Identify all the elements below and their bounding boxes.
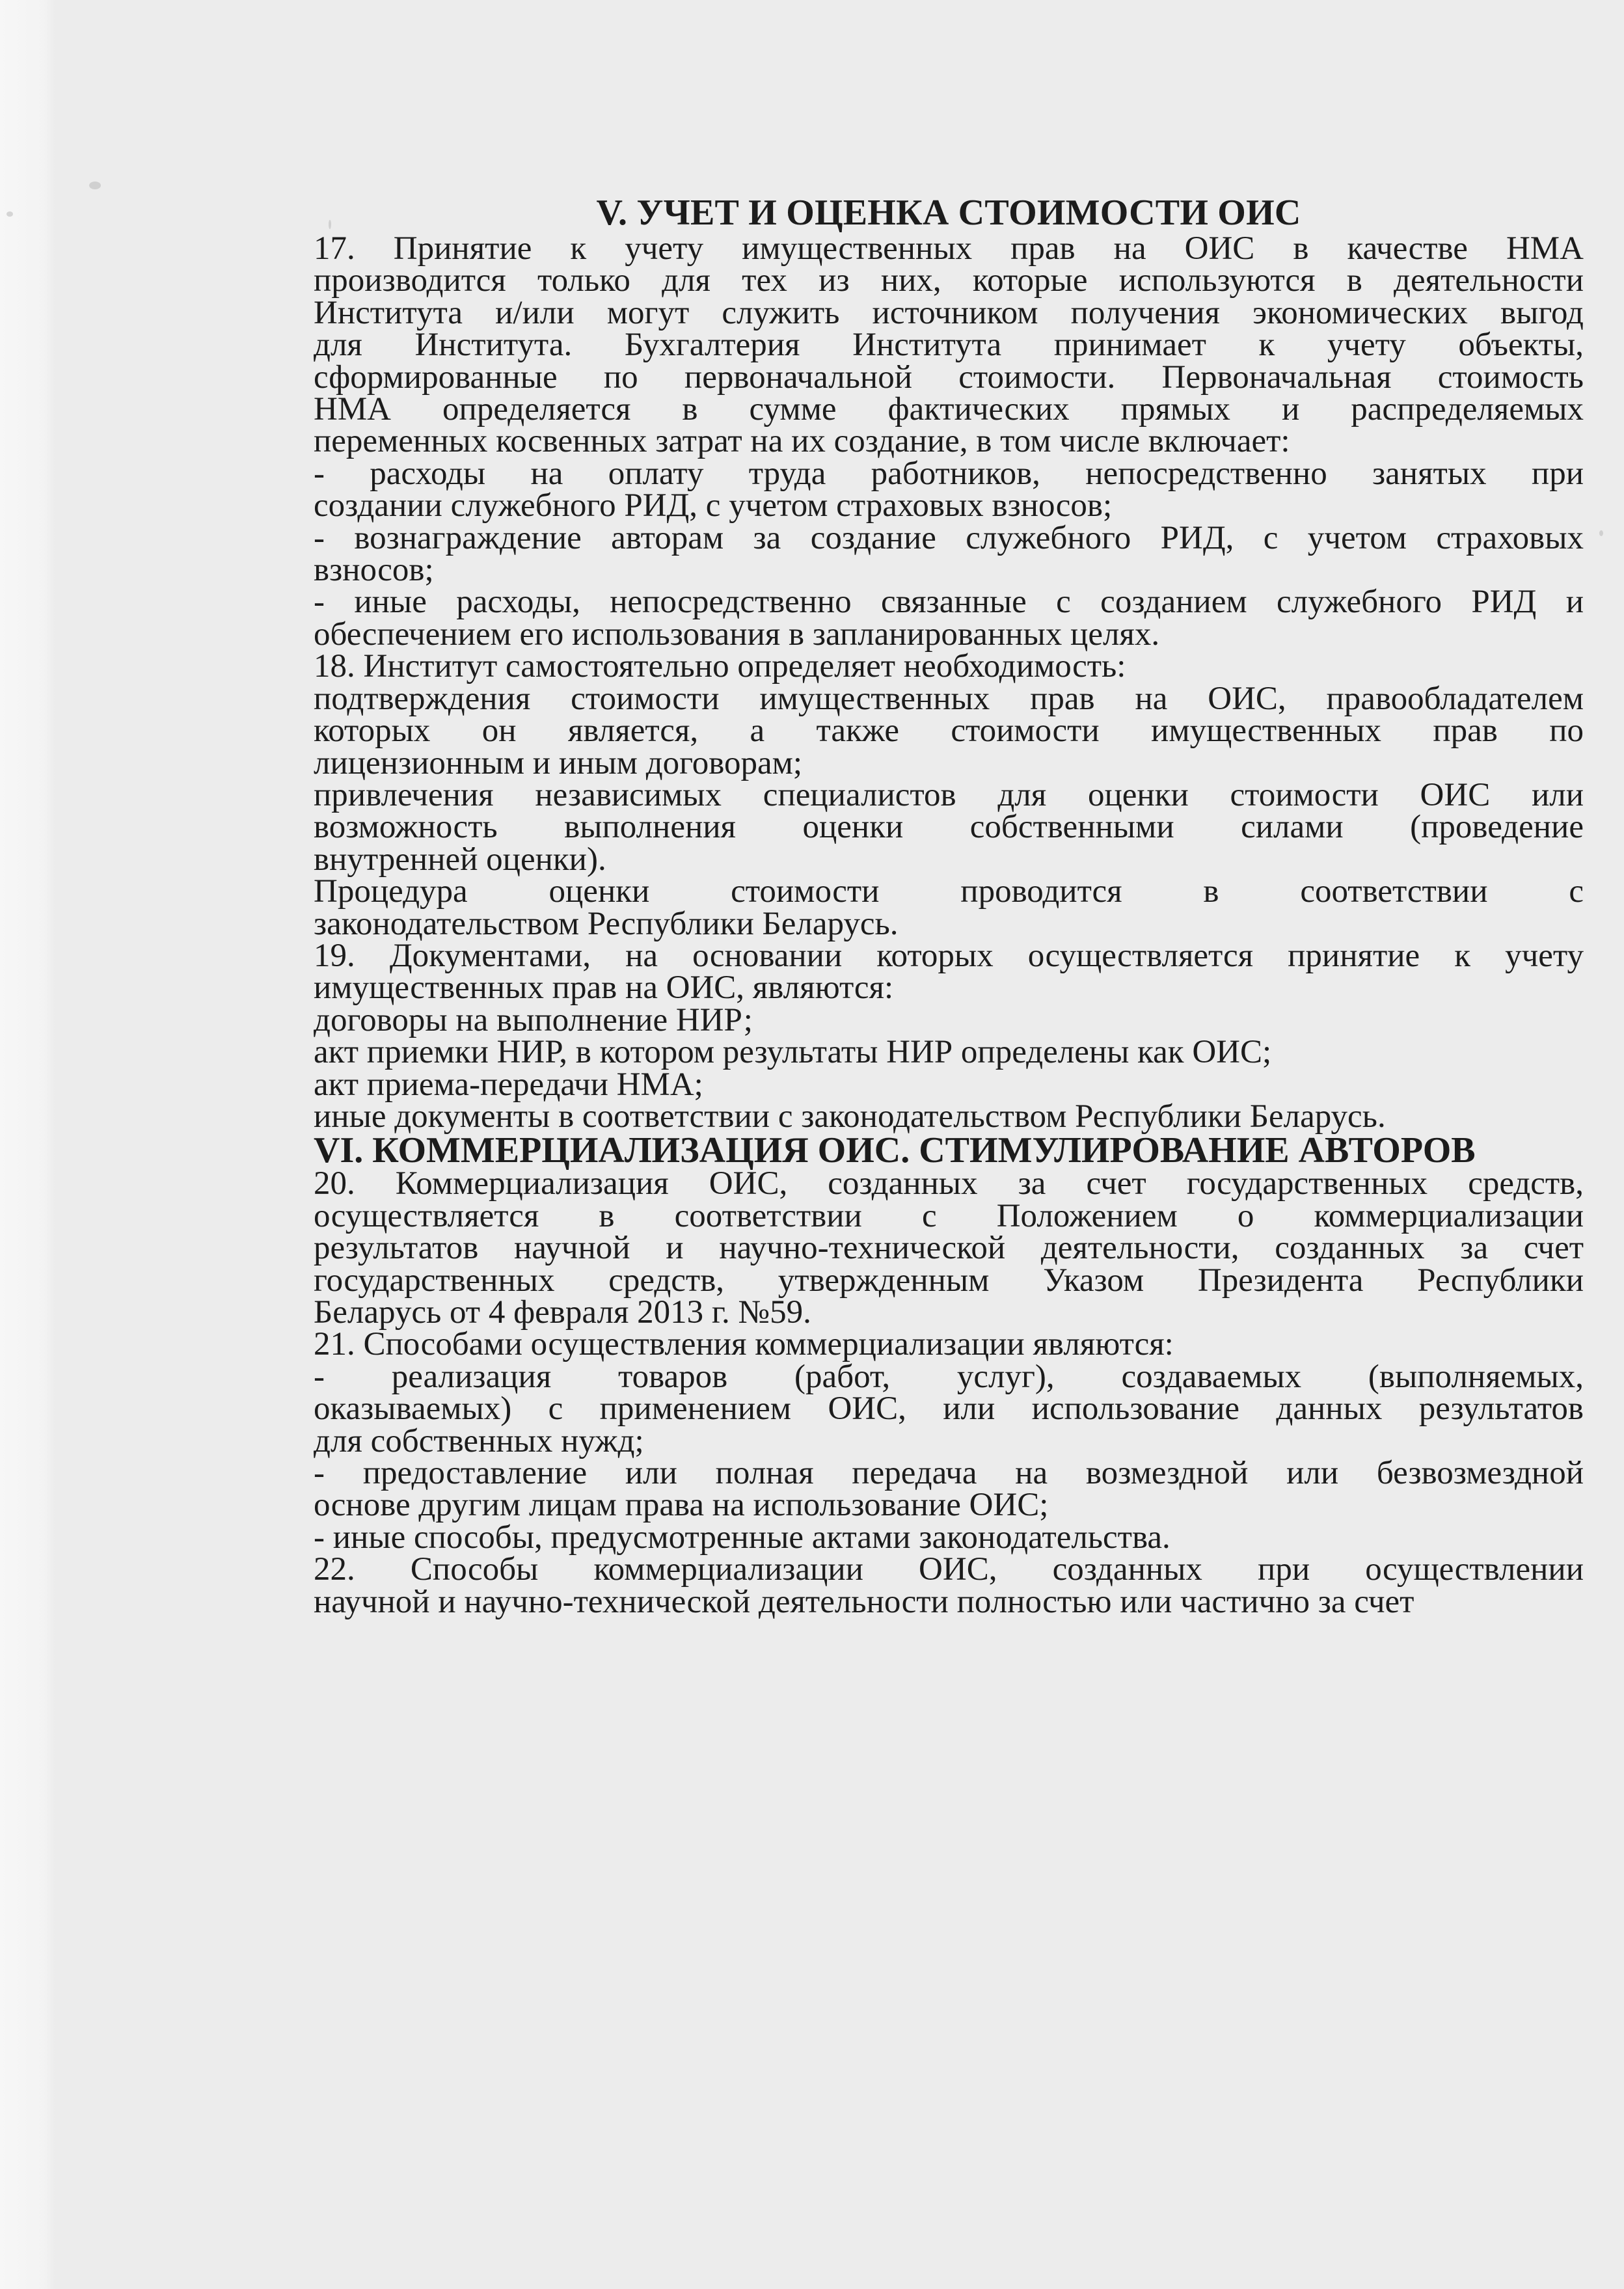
text-line: НМА определяется в сумме фактических пря… bbox=[314, 394, 1584, 426]
document-page: V. УЧЕТ И ОЦЕНКА СТОИМОСТИ ОИС 17. Приня… bbox=[314, 193, 1584, 1618]
text-line: основе другим лицам права на использован… bbox=[314, 1489, 1584, 1521]
paragraph-p18-item2: привлечения независимых специалистов для… bbox=[314, 779, 1584, 876]
text-line: производится только для тех из них, кото… bbox=[314, 265, 1584, 297]
paragraph-p21-item3: - иные способы, предусмотренные актами з… bbox=[314, 1522, 1584, 1554]
text-line: 17. Принятие к учету имущественных прав … bbox=[314, 233, 1584, 265]
text-line: Процедура оценки стоимости проводится в … bbox=[314, 876, 1584, 908]
paragraph-p17-item2: - вознаграждение авторам за создание слу… bbox=[314, 522, 1584, 587]
scan-left-edge bbox=[0, 0, 55, 2289]
text-line: переменных косвенных затрат на их создан… bbox=[314, 426, 1584, 457]
paragraph-p21: 21. Способами осуществления коммерциализ… bbox=[314, 1329, 1584, 1361]
text-line: - предоставление или полная передача на … bbox=[314, 1457, 1584, 1489]
text-line: 18. Институт самостоятельно определяет н… bbox=[314, 651, 1584, 683]
paragraph-p18-procedure: Процедура оценки стоимости проводится в … bbox=[314, 876, 1584, 940]
text-line: - иные расходы, непосредственно связанны… bbox=[314, 586, 1584, 618]
text-line: сформированные по первоначальной стоимос… bbox=[314, 362, 1584, 394]
text-line: иные документы в соответствии с законода… bbox=[314, 1101, 1584, 1133]
text-line: Беларусь от 4 февраля 2013 г. №59. bbox=[314, 1297, 1584, 1329]
text-line: имущественных прав на ОИС, являются: bbox=[314, 972, 1584, 1004]
paragraph-p19-item4: иные документы в соответствии с законода… bbox=[314, 1101, 1584, 1133]
text-line: для Института. Бухгалтерия Института при… bbox=[314, 329, 1584, 361]
paragraph-p19-item1: договоры на выполнение НИР; bbox=[314, 1005, 1584, 1036]
paragraph-p18-item1: подтверждения стоимости имущественных пр… bbox=[314, 683, 1584, 779]
paragraph-p20: 20. Коммерциализация ОИС, созданных за с… bbox=[314, 1168, 1584, 1329]
paragraph-p22: 22. Способы коммерциализации ОИС, создан… bbox=[314, 1554, 1584, 1618]
text-line: - расходы на оплату труда работников, не… bbox=[314, 458, 1584, 490]
text-line: внутренней оценки). bbox=[314, 844, 1584, 876]
text-line: научной и научно-технической деятельност… bbox=[314, 1586, 1584, 1618]
section-5-body: 17. Принятие к учету имущественных прав … bbox=[314, 233, 1584, 1133]
text-line: акт приема-передачи НМА; bbox=[314, 1069, 1584, 1101]
text-line: создании служебного РИД, с учетом страхо… bbox=[314, 490, 1584, 522]
scan-speck bbox=[7, 211, 13, 217]
paragraph-p21-item1: - реализация товаров (работ, услуг), соз… bbox=[314, 1361, 1584, 1457]
text-line: 19. Документами, на основании которых ос… bbox=[314, 940, 1584, 972]
text-line: подтверждения стоимости имущественных пр… bbox=[314, 683, 1584, 715]
text-line: осуществляется в соответствии с Положени… bbox=[314, 1200, 1584, 1232]
text-line: взносов; bbox=[314, 554, 1584, 586]
text-line: - реализация товаров (работ, услуг), соз… bbox=[314, 1361, 1584, 1393]
text-line: оказываемых) с применением ОИС, или испо… bbox=[314, 1393, 1584, 1425]
text-line: договоры на выполнение НИР; bbox=[314, 1005, 1584, 1036]
text-line: обеспечением его использования в заплани… bbox=[314, 619, 1584, 651]
paragraph-p17-item3: - иные расходы, непосредственно связанны… bbox=[314, 586, 1584, 651]
section-6-heading: VI. КОММЕРЦИАЛИЗАЦИЯ ОИС. СТИМУЛИРОВАНИЕ… bbox=[314, 1133, 1584, 1168]
paragraph-p19-item2: акт приемки НИР, в котором результаты НИ… bbox=[314, 1036, 1584, 1068]
paragraph-p17-item1: - расходы на оплату труда работников, не… bbox=[314, 458, 1584, 522]
text-line: 20. Коммерциализация ОИС, созданных за с… bbox=[314, 1168, 1584, 1200]
paragraph-p17: 17. Принятие к учету имущественных прав … bbox=[314, 233, 1584, 458]
text-line: государственных средств, утвержденным Ук… bbox=[314, 1265, 1584, 1297]
text-line: - вознаграждение авторам за создание слу… bbox=[314, 522, 1584, 554]
text-line: привлечения независимых специалистов для… bbox=[314, 779, 1584, 811]
paragraph-p21-item2: - предоставление или полная передача на … bbox=[314, 1457, 1584, 1522]
scan-speck bbox=[1599, 530, 1603, 536]
text-line: 22. Способы коммерциализации ОИС, создан… bbox=[314, 1554, 1584, 1586]
scan-speck bbox=[89, 182, 101, 189]
text-line: Института и/или могут служить источником… bbox=[314, 297, 1584, 329]
text-line: лицензионным и иным договорам; bbox=[314, 748, 1584, 779]
section-5-heading: V. УЧЕТ И ОЦЕНКА СТОИМОСТИ ОИС bbox=[314, 193, 1584, 233]
paragraph-p19: 19. Документами, на основании которых ос… bbox=[314, 940, 1584, 1005]
section-6-body: 20. Коммерциализация ОИС, созданных за с… bbox=[314, 1168, 1584, 1618]
paragraph-p19-item3: акт приема-передачи НМА; bbox=[314, 1069, 1584, 1101]
text-line: возможность выполнения оценки собственны… bbox=[314, 811, 1584, 843]
text-line: которых он является, а также стоимости и… bbox=[314, 715, 1584, 747]
text-line: результатов научной и научно-технической… bbox=[314, 1232, 1584, 1264]
text-line: акт приемки НИР, в котором результаты НИ… bbox=[314, 1036, 1584, 1068]
text-line: 21. Способами осуществления коммерциализ… bbox=[314, 1329, 1584, 1361]
text-line: для собственных нужд; bbox=[314, 1426, 1584, 1457]
text-line: законодательством Республики Беларусь. bbox=[314, 908, 1584, 940]
text-line: - иные способы, предусмотренные актами з… bbox=[314, 1522, 1584, 1554]
paragraph-p18: 18. Институт самостоятельно определяет н… bbox=[314, 651, 1584, 683]
